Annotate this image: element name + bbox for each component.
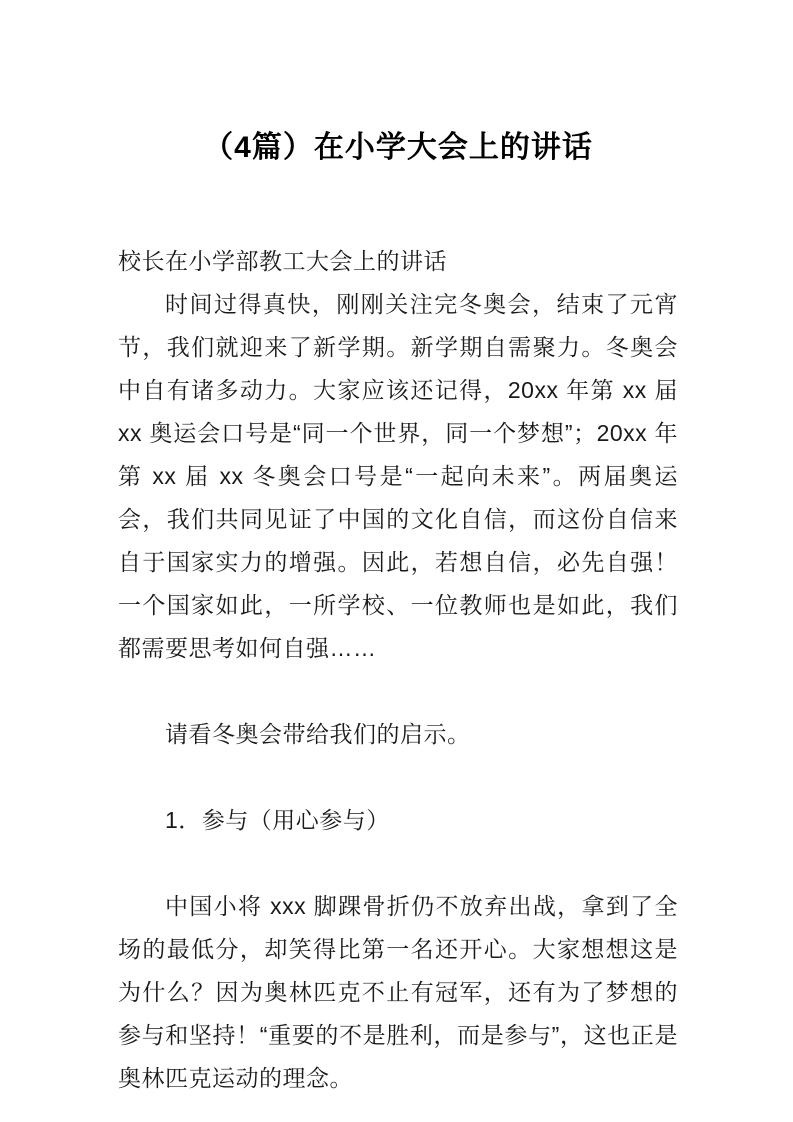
paragraph-point-1-heading: 1．参与（用心参与）: [118, 799, 678, 842]
paragraph-transition: 请看冬奥会带给我们的启示。: [118, 713, 678, 756]
paragraph-speech-heading: 校长在小学部教工大会上的讲话: [118, 240, 678, 283]
paragraph-body-opening: 时间过得真快，刚刚关注完冬奥会，结束了元宵节，我们就迎来了新学期。新学期自需聚力…: [118, 283, 678, 670]
document-page: （4篇）在小学大会上的讲话 校长在小学部教工大会上的讲话 时间过得真快，刚刚关注…: [0, 0, 793, 1122]
document-title: （4篇）在小学大会上的讲话: [118, 128, 678, 168]
paragraph-point-1-body: 中国小将 xxx 脚踝骨折仍不放弃出战，拿到了全场的最低分，却笑得比第一名还开心…: [118, 885, 678, 1100]
